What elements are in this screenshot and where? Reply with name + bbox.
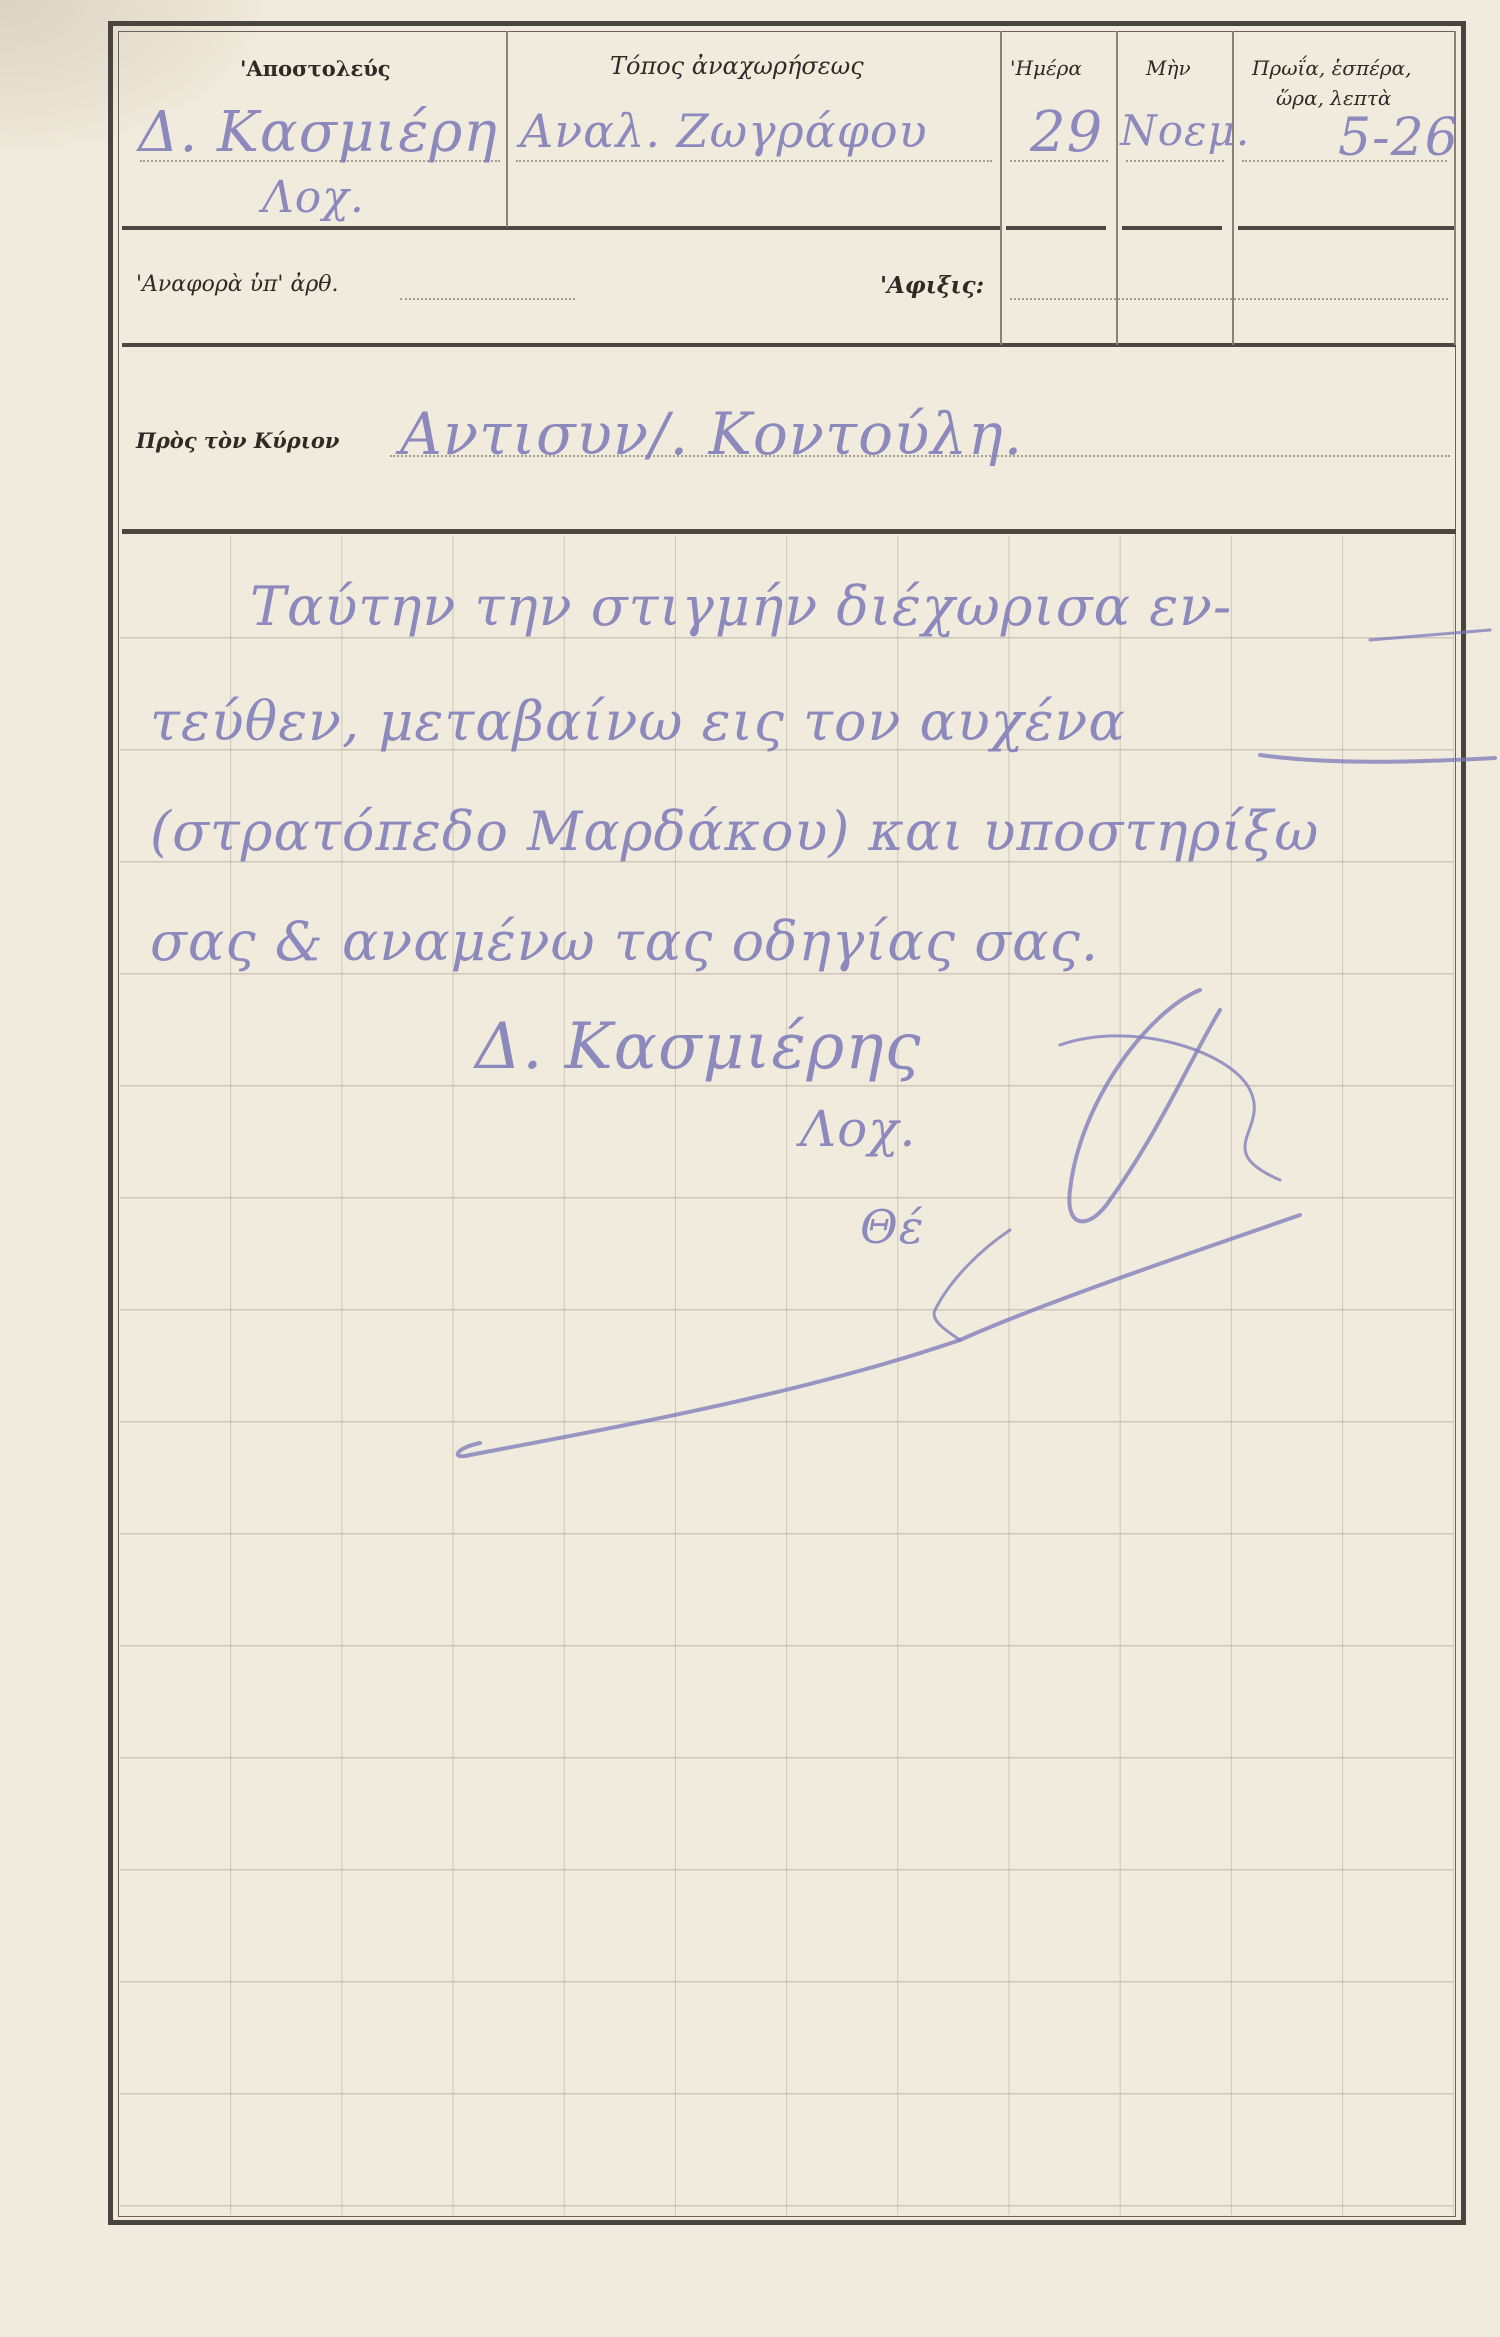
signature-flourish-icon [0, 0, 1500, 2337]
